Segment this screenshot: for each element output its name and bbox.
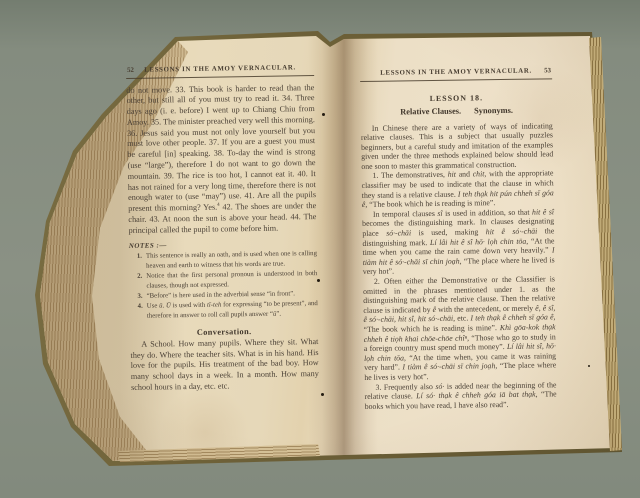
conversation-heading: Conversation. <box>130 326 318 338</box>
wormhole-speck <box>317 279 320 282</box>
lesson-heading: LESSON 18. <box>360 92 552 104</box>
header-rule-right <box>360 78 552 82</box>
running-title-right: LESSONS IN THE AMOY VERNACULAR. <box>380 68 532 77</box>
notes-heading: NOTES :— <box>129 239 317 250</box>
conversation-text: A School. How many pupils. Where they si… <box>130 337 319 394</box>
section-heading: Relative Clauses.Synonyms. <box>361 105 553 117</box>
running-head-right: LESSONS IN THE AMOY VERNACULAR. 53 <box>360 67 552 78</box>
section-heading-part2: Synonyms. <box>474 105 513 115</box>
note-number: 1. <box>129 251 142 271</box>
paragraph-method-2: 2. Often either the Demonstrative or the… <box>363 274 556 382</box>
page-number-right: 53 <box>544 67 551 75</box>
wormhole-speck <box>322 113 325 116</box>
note-text: This sentence is really an oath, and is … <box>146 249 317 272</box>
note-text: Use ū. Ū is used with tī-teh for express… <box>147 299 318 322</box>
running-title-left: LESSONS IN THE AMOY VERNACULAR. <box>144 64 296 73</box>
running-head-left: 52 LESSONS IN THE AMOY VERNACULAR. <box>126 64 314 75</box>
page-number-left: 52 <box>127 67 134 75</box>
section-heading-part1: Relative Clauses. <box>400 106 461 116</box>
note-item: 4. Use ū. Ū is used with tī-teh for expr… <box>130 299 318 322</box>
wormhole-speck <box>588 365 590 367</box>
header-rule-left <box>126 75 314 79</box>
wormhole-speck <box>321 393 324 396</box>
paragraph-temporal: In temporal clauses sî is used in additi… <box>362 207 555 277</box>
note-number: 4. <box>130 301 143 321</box>
note-text: Notice that the first personal pronoun i… <box>146 269 317 292</box>
paragraph-method-3: 3. Frequently also só· is added near the… <box>364 380 556 411</box>
note-number: 2. <box>129 271 142 291</box>
right-page: LESSONS IN THE AMOY VERNACULAR. 53 LESSO… <box>360 67 557 411</box>
paragraph-intro: In Chinese there are a variety of ways o… <box>361 121 554 172</box>
exercise-sentences: do not move. 33. This book is harder to … <box>126 83 316 237</box>
note-number: 3. <box>130 291 143 301</box>
left-page: 52 LESSONS IN THE AMOY VERNACULAR. do no… <box>126 64 319 394</box>
paragraph-method-1: 1. The demonstratives, hit and chit, wit… <box>361 169 554 210</box>
